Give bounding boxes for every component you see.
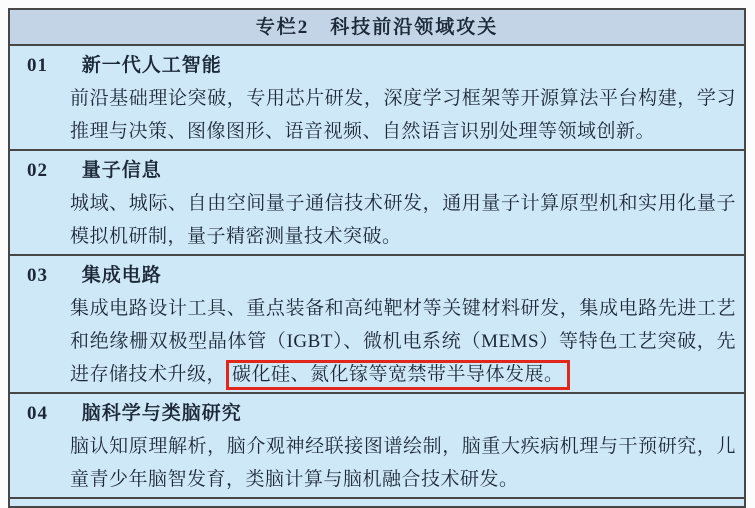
section-heading: 03 集成电路 — [10, 260, 744, 292]
section-row-04: 04 脑科学与类脑研究 脑认知原理解析，脑介观神经联接图谱绘制，脑重大疾病机理与… — [10, 394, 744, 499]
feature-box: 专栏2 科技前沿领域攻关 01 新一代人工智能 前沿基础理论突破，专用芯片研发，… — [8, 8, 746, 503]
section-body: 城域、城际、自由空间量子通信技术研发，通用量子计算原型机和实用化量子模拟机研制，… — [10, 187, 744, 253]
section-row-02: 02 量子信息 城域、城际、自由空间量子通信技术研发，通用量子计算原型机和实用化… — [10, 151, 744, 256]
section-title: 量子信息 — [82, 155, 162, 187]
section-body: 集成电路设计工具、重点装备和高纯靶材等关键材料研发，集成电路先进工艺和绝缘栅双极… — [10, 292, 744, 391]
section-body: 前沿基础理论突破，专用芯片研发，深度学习框架等开源算法平台构建，学习推理与决策、… — [10, 82, 744, 148]
red-highlight-box: 碳化硅、氮化镓等宽禁带半导体发展。 — [226, 360, 570, 390]
section-heading: 02 量子信息 — [10, 155, 744, 187]
section-number: 02 — [27, 155, 54, 187]
section-number: 03 — [27, 260, 54, 292]
section-number: 04 — [27, 398, 54, 430]
section-row-01: 01 新一代人工智能 前沿基础理论突破，专用芯片研发，深度学习框架等开源算法平台… — [10, 46, 744, 151]
section-title: 新一代人工智能 — [82, 50, 222, 82]
section-heading: 04 脑科学与类脑研究 — [10, 398, 744, 430]
next-row-partial — [10, 499, 744, 503]
panel-title: 专栏2 科技前沿领域攻关 — [10, 10, 744, 46]
section-number: 01 — [27, 50, 54, 82]
section-title: 脑科学与类脑研究 — [82, 398, 242, 430]
section-title: 集成电路 — [82, 260, 162, 292]
section-heading: 01 新一代人工智能 — [10, 50, 744, 82]
section-body: 脑认知原理解析，脑介观神经联接图谱绘制，脑重大疾病机理与干预研究，儿童青少年脑智… — [10, 430, 744, 496]
section-row-03: 03 集成电路 集成电路设计工具、重点装备和高纯靶材等关键材料研发，集成电路先进… — [10, 256, 744, 394]
